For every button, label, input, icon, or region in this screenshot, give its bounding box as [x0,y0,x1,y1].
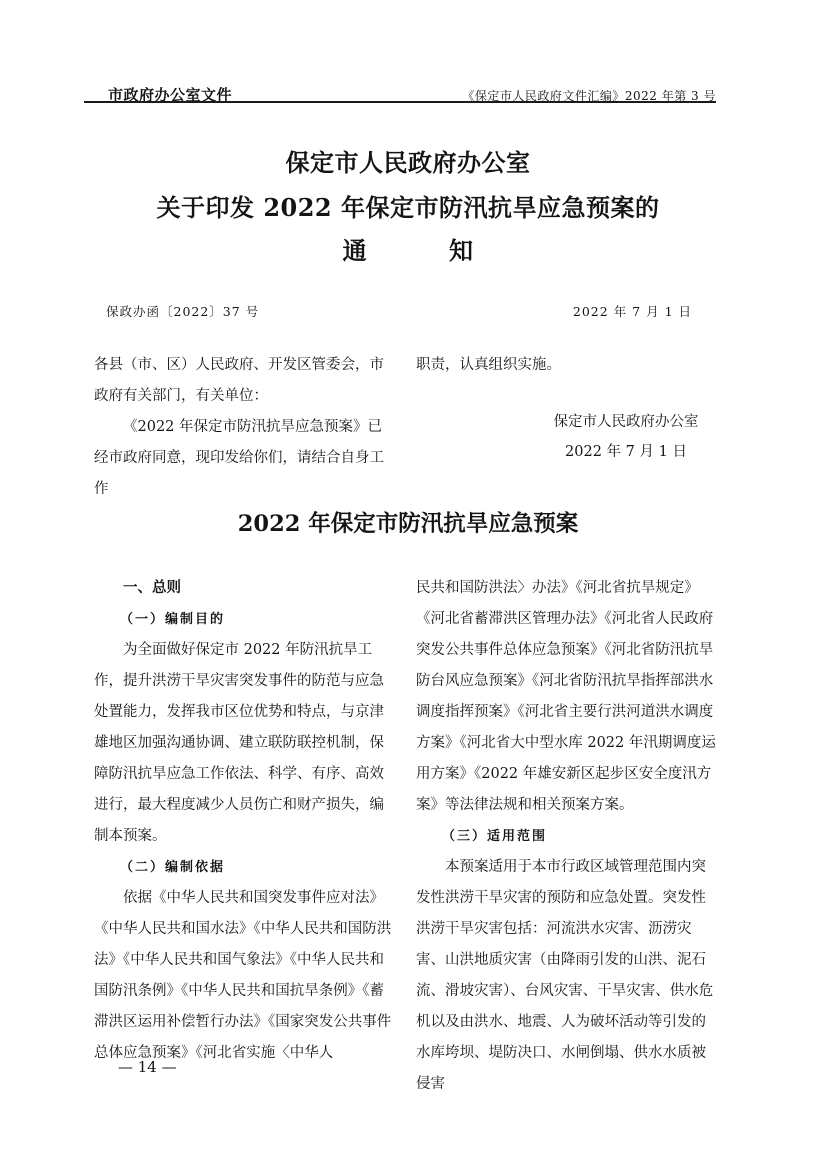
notice-body-right: 职责，认真组织实施。 [416,350,716,381]
notice-title-line-1: 保定市人民政府办公室 [0,143,816,178]
notice-title-char-1: 通 [343,231,368,266]
purpose-text: 为全面做好保定市 2022 年防汛抗旱工作，提升洪涝干旱灾害突发事件的防范与应急… [94,635,394,852]
basis-text: 依据《中华人民共和国突发事件应对法》《中华人民共和国水法》《中华人民共和国防洪法… [94,883,394,1069]
document-number: 保政办函〔2022〕37 号 [106,302,259,320]
notice-title-line-3: 通知 [0,231,816,266]
notice-body-continued: 职责，认真组织实施。 [416,350,716,381]
subsection-heading-purpose: （一）编制目的 [94,604,394,635]
signature-date: 2022 年 7 月 1 日 [536,440,716,461]
notice-title-char-2: 知 [449,231,474,266]
page-number: — 14 — [118,1058,177,1076]
subsection-heading-scope: （三）适用范围 [416,821,716,852]
scope-text: 本预案适用于本市行政区域管理范围内突发性洪涝干旱灾害的预防和应急处置。突发性洪涝… [416,852,716,1100]
header-divider [84,101,716,103]
subsection-heading-basis: （二）编制依据 [94,852,394,883]
basis-text-continued: 民共和国防洪法〉办法》《河北省抗旱规定》《河北省蓄滞洪区管理办法》《河北省人民政… [416,573,716,821]
notice-body-left: 各县（市、区）人民政府、开发区管委会，市政府有关部门，有关单位： 《2022 年… [94,350,394,505]
notice-body-text: 《2022 年保定市防汛抗旱应急预案》已经市政府同意，现印发给你们，请结合自身工… [94,412,394,505]
plan-body-right: 民共和国防洪法〉办法》《河北省抗旱规定》《河北省蓄滞洪区管理办法》《河北省人民政… [416,573,716,1100]
section-heading-general: 一、总则 [94,573,394,604]
document-date: 2022 年 7 月 1 日 [573,302,692,320]
notice-addressee: 各县（市、区）人民政府、开发区管委会，市政府有关部门，有关单位： [94,350,394,412]
plan-body-left: 一、总则 （一）编制目的 为全面做好保定市 2022 年防汛抗旱工作，提升洪涝干… [94,573,394,1069]
notice-title-line-2: 关于印发 2022 年保定市防汛抗旱应急预案的 [0,188,816,223]
plan-title: 2022 年保定市防汛抗旱应急预案 [0,506,816,538]
signature-org: 保定市人民政府办公室 [536,410,716,431]
